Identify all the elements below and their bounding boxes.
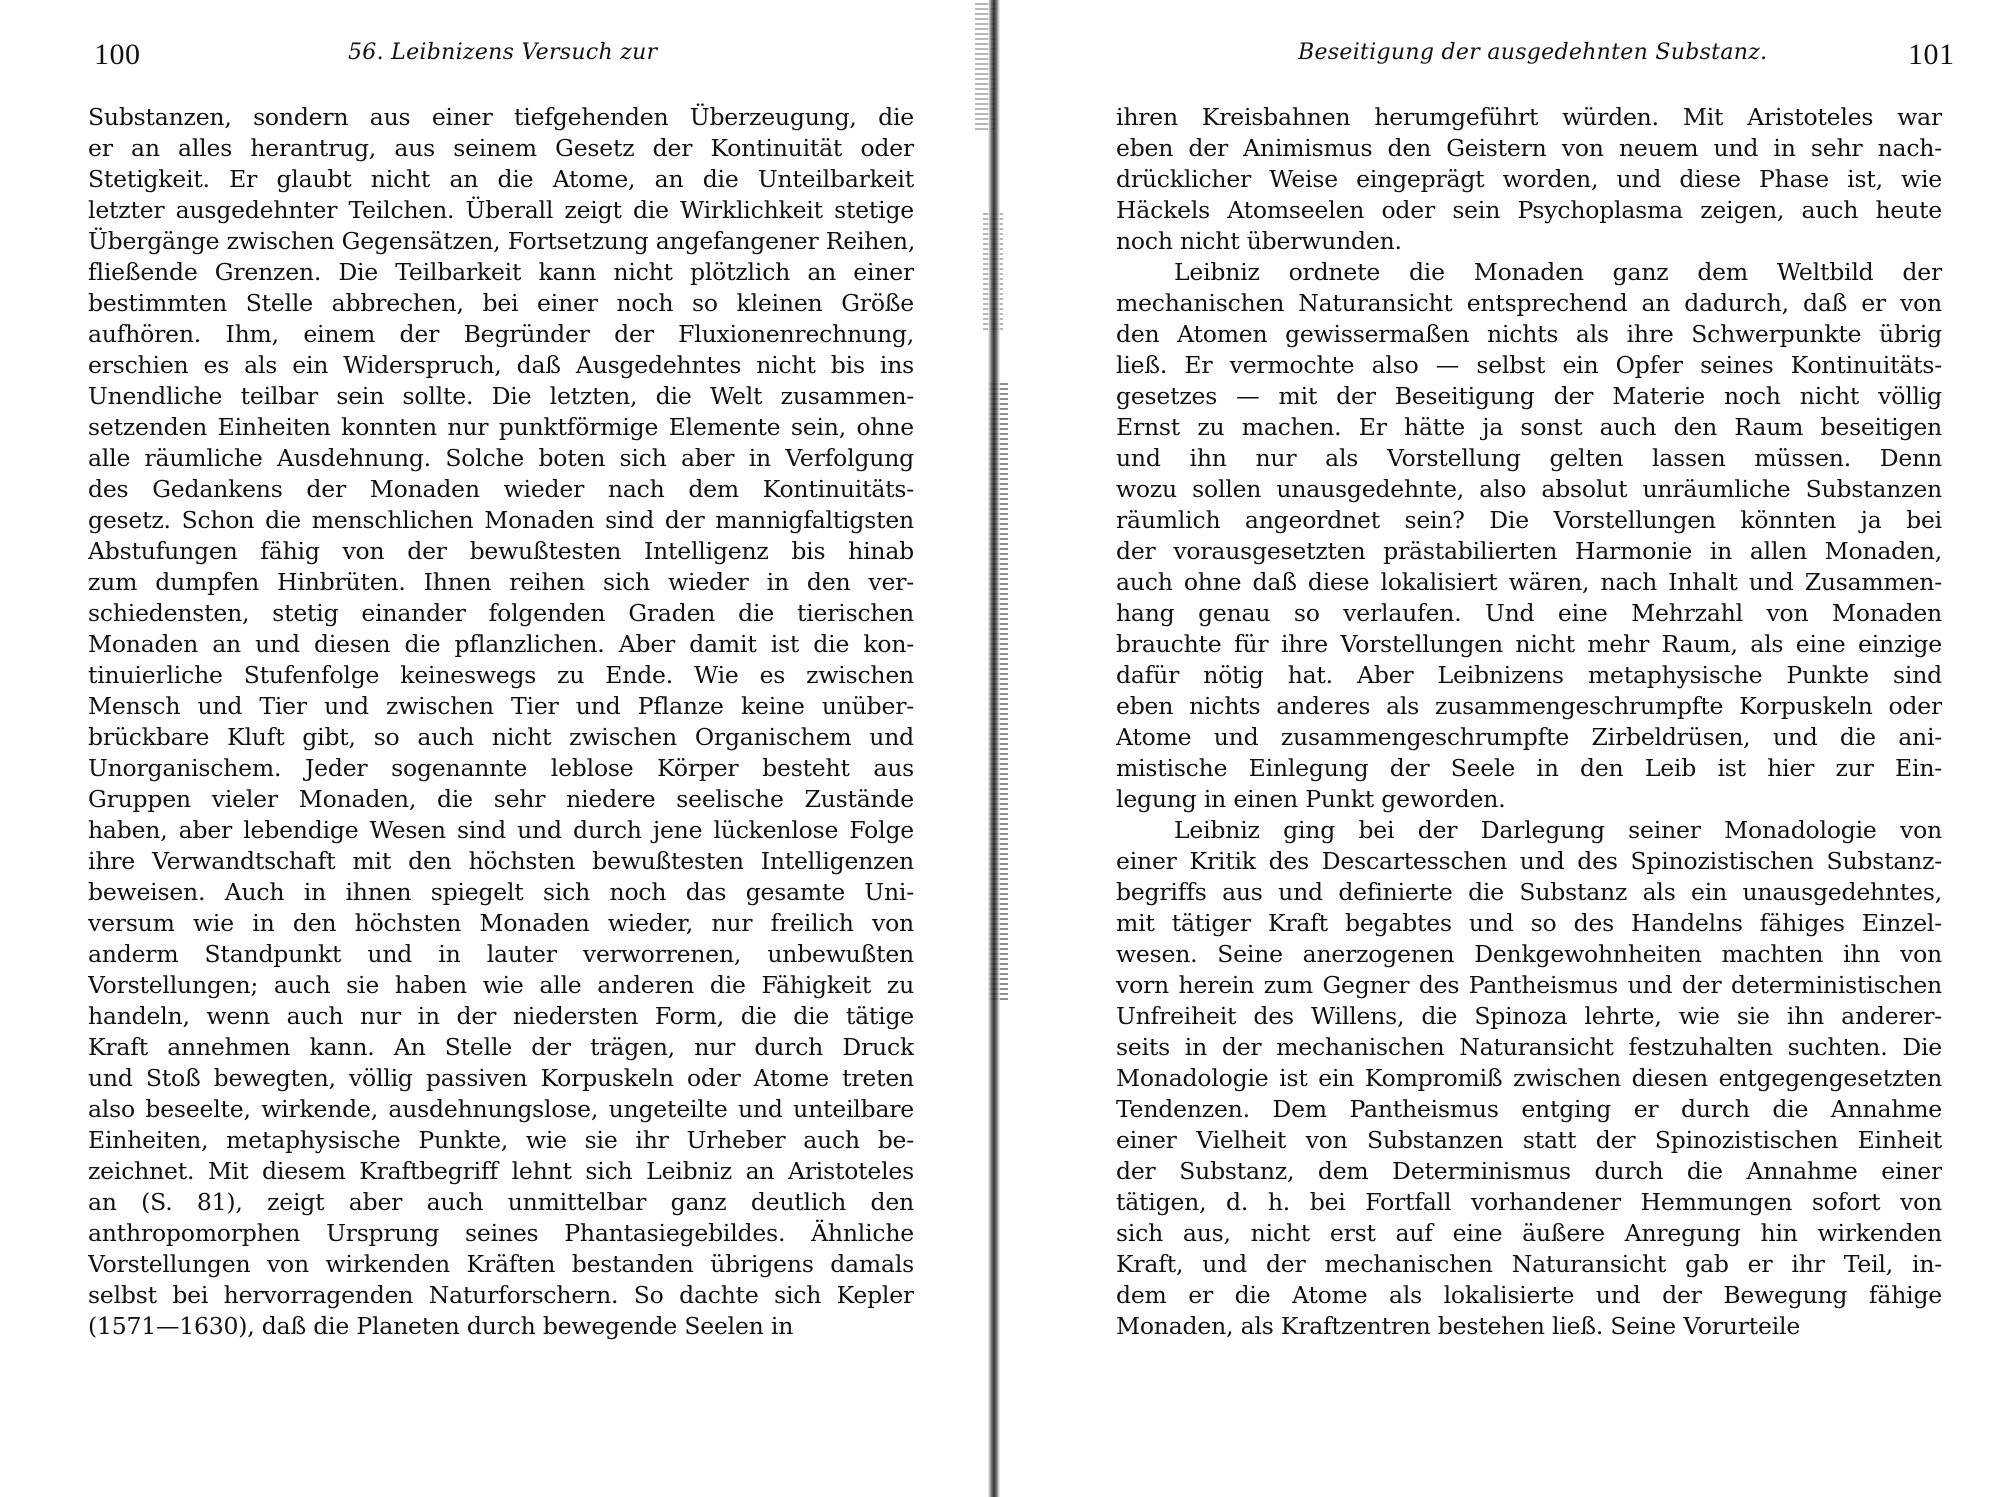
text-line: Unorganischem. Jeder sogenannte leblose … bbox=[88, 753, 914, 784]
text-line: eben nichts anderes als zusammengeschrum… bbox=[1116, 691, 1942, 722]
text-line: Kraft annehmen kann. An Stelle der träge… bbox=[88, 1032, 914, 1063]
left-page-body: Substanzen, sondern aus einer tiefgehend… bbox=[88, 102, 914, 1342]
text-line: Monadologie ist ein Kompromiß zwischen d… bbox=[1116, 1063, 1942, 1094]
text-line: einer Vielheit von Substanzen statt der … bbox=[1116, 1125, 1942, 1156]
text-line: erschien es als ein Widerspruch, daß Aus… bbox=[88, 350, 914, 381]
text-line: Gruppen vieler Monaden, die sehr niedere… bbox=[88, 784, 914, 815]
text-line: des Gedankens der Monaden wieder nach de… bbox=[88, 474, 914, 505]
text-line: aufhören. Ihm, einem der Begründer der F… bbox=[88, 319, 914, 350]
page-number: 101 bbox=[1908, 38, 1955, 72]
text-line: und ihn nur als Vorstellung gelten lasse… bbox=[1116, 443, 1942, 474]
text-line: Unendliche teilbar sein sollte. Die letz… bbox=[88, 381, 914, 412]
text-line: mit tätiger Kraft begabtes und so des Ha… bbox=[1116, 908, 1942, 939]
text-line: Substanzen, sondern aus einer tiefgehend… bbox=[88, 102, 914, 133]
text-line: Leibniz ordnete die Monaden ganz dem Wel… bbox=[1116, 257, 1942, 288]
text-line: Kraft, und der mechanischen Naturansicht… bbox=[1116, 1249, 1942, 1280]
running-head: 56. Leibnizens Versuch zur bbox=[348, 40, 657, 65]
text-line: Vorstellungen von wirkenden Kräften best… bbox=[88, 1249, 914, 1280]
text-line: ließ. Er vermochte also — selbst ein Opf… bbox=[1116, 350, 1942, 381]
text-line: legung in einen Punkt geworden. bbox=[1116, 784, 1942, 815]
text-line: Ernst zu machen. Er hätte ja sonst auch … bbox=[1116, 412, 1942, 443]
text-line: letzter ausgedehnter Teilchen. Überall z… bbox=[88, 195, 914, 226]
text-line: wesen. Seine anerzogenen Denkgewohnheite… bbox=[1116, 939, 1942, 970]
text-line: tätigen, d. h. bei Fortfall vorhandener … bbox=[1116, 1187, 1942, 1218]
text-line: der Substanz, dem Determinismus durch di… bbox=[1116, 1156, 1942, 1187]
text-line: Monaden, als Kraftzentren bestehen ließ.… bbox=[1116, 1311, 1942, 1342]
text-line: den Atomen gewissermaßen nichts als ihre… bbox=[1116, 319, 1942, 350]
text-line: auch ohne daß diese lokalisiert wären, n… bbox=[1116, 567, 1942, 598]
text-line: mechanischen Naturansicht entsprechend a… bbox=[1116, 288, 1942, 319]
text-line: also beseelte, wirkende, ausdehnungslose… bbox=[88, 1094, 914, 1125]
text-line: handeln, wenn auch nur in der niedersten… bbox=[88, 1001, 914, 1032]
text-line: hang genau so verlaufen. Und eine Mehrza… bbox=[1116, 598, 1942, 629]
text-line: schiedensten, stetig einander folgenden … bbox=[88, 598, 914, 629]
text-line: (1571—1630), daß die Planeten durch bewe… bbox=[88, 1311, 914, 1342]
text-line: Leibniz ging bei der Darlegung seiner Mo… bbox=[1116, 815, 1942, 846]
right-page: Beseitigung der ausgedehnten Substanz. 1… bbox=[1040, 0, 2000, 1497]
text-line: tinuierliche Stufenfolge keineswegs zu E… bbox=[88, 660, 914, 691]
text-line: zeichnet. Mit diesem Kraftbegriff lehnt … bbox=[88, 1156, 914, 1187]
text-line: Häckels Atomseelen oder sein Psychoplasm… bbox=[1116, 195, 1942, 226]
text-line: versum wie in den höchsten Monaden wiede… bbox=[88, 908, 914, 939]
text-line: gesetzes — mit der Beseitigung der Mater… bbox=[1116, 381, 1942, 412]
text-line: Atome und zusammengeschrumpfte Zirbeldrü… bbox=[1116, 722, 1942, 753]
text-line: drücklicher Weise eingeprägt worden, und… bbox=[1116, 164, 1942, 195]
text-line: begriffs aus und definierte die Substanz… bbox=[1116, 877, 1942, 908]
text-line: Tendenzen. Dem Pantheismus entging er du… bbox=[1116, 1094, 1942, 1125]
text-line: Unfreiheit des Willens, die Spinoza lehr… bbox=[1116, 1001, 1942, 1032]
book-gutter bbox=[988, 0, 1000, 1497]
text-line: dafür nötig hat. Aber Leibnizens metaphy… bbox=[1116, 660, 1942, 691]
left-page: 100 56. Leibnizens Versuch zur Substanze… bbox=[0, 0, 960, 1497]
text-line: gesetz. Schon die menschlichen Monaden s… bbox=[88, 505, 914, 536]
text-line: räumlich angeordnet sein? Die Vorstellun… bbox=[1116, 505, 1942, 536]
text-line: Einheiten, metaphysische Punkte, wie sie… bbox=[88, 1125, 914, 1156]
text-line: alle räumliche Ausdehnung. Solche boten … bbox=[88, 443, 914, 474]
text-line: seits in der mechanischen Naturansicht f… bbox=[1116, 1032, 1942, 1063]
text-line: anderm Standpunkt und in lauter verworre… bbox=[88, 939, 914, 970]
text-line: ihren Kreisbahnen herumgeführt würden. M… bbox=[1116, 102, 1942, 133]
text-line: eben der Animismus den Geistern von neue… bbox=[1116, 133, 1942, 164]
text-line: Stetigkeit. Er glaubt nicht an die Atome… bbox=[88, 164, 914, 195]
page-number: 100 bbox=[94, 38, 141, 72]
text-line: Abstufungen fähig von der bewußtesten In… bbox=[88, 536, 914, 567]
text-line: vorn herein zum Gegner des Pantheismus u… bbox=[1116, 970, 1942, 1001]
right-page-body: ihren Kreisbahnen herumgeführt würden. M… bbox=[1116, 102, 1942, 1342]
left-page-header: 100 56. Leibnizens Versuch zur bbox=[0, 34, 960, 78]
text-line: noch nicht überwunden. bbox=[1116, 226, 1942, 257]
text-line: dem er die Atome als lokalisierte und de… bbox=[1116, 1280, 1942, 1311]
text-line: Übergänge zwischen Gegensätzen, Fortsetz… bbox=[88, 226, 914, 257]
text-line: bestimmten Stelle abbrechen, bei einer n… bbox=[88, 288, 914, 319]
text-line: er an alles herantrug, aus seinem Gesetz… bbox=[88, 133, 914, 164]
running-head: Beseitigung der ausgedehnten Substanz. bbox=[1298, 40, 1767, 65]
text-line: einer Kritik des Descartesschen und des … bbox=[1116, 846, 1942, 877]
text-line: haben, aber lebendige Wesen sind und dur… bbox=[88, 815, 914, 846]
text-line: beweisen. Auch in ihnen spiegelt sich no… bbox=[88, 877, 914, 908]
text-line: sich aus, nicht erst auf eine äußere Anr… bbox=[1116, 1218, 1942, 1249]
text-line: brückbare Kluft gibt, so auch nicht zwis… bbox=[88, 722, 914, 753]
right-page-header: Beseitigung der ausgedehnten Substanz. 1… bbox=[1040, 34, 2000, 78]
text-line: Vorstellungen; auch sie haben wie alle a… bbox=[88, 970, 914, 1001]
book-spread: 100 56. Leibnizens Versuch zur Substanze… bbox=[0, 0, 2000, 1497]
text-line: und Stoß bewegten, völlig passiven Korpu… bbox=[88, 1063, 914, 1094]
text-line: an (S. 81), zeigt aber auch unmittelbar … bbox=[88, 1187, 914, 1218]
text-line: anthropomorphen Ursprung seines Phantasi… bbox=[88, 1218, 914, 1249]
text-line: ihre Verwandtschaft mit den höchsten bew… bbox=[88, 846, 914, 877]
text-line: brauchte für ihre Vorstellungen nicht me… bbox=[1116, 629, 1942, 660]
text-line: fließende Grenzen. Die Teilbarkeit kann … bbox=[88, 257, 914, 288]
text-line: selbst bei hervorragenden Naturforschern… bbox=[88, 1280, 914, 1311]
text-line: Monaden an und diesen die pflanzlichen. … bbox=[88, 629, 914, 660]
text-line: zum dumpfen Hinbrüten. Ihnen reihen sich… bbox=[88, 567, 914, 598]
text-line: Mensch und Tier und zwischen Tier und Pf… bbox=[88, 691, 914, 722]
text-line: der vorausgesetzten prästabilierten Harm… bbox=[1116, 536, 1942, 567]
text-line: setzenden Einheiten konnten nur punktför… bbox=[88, 412, 914, 443]
text-line: mistische Einlegung der Seele in den Lei… bbox=[1116, 753, 1942, 784]
text-line: wozu sollen unausgedehnte, also absolut … bbox=[1116, 474, 1942, 505]
